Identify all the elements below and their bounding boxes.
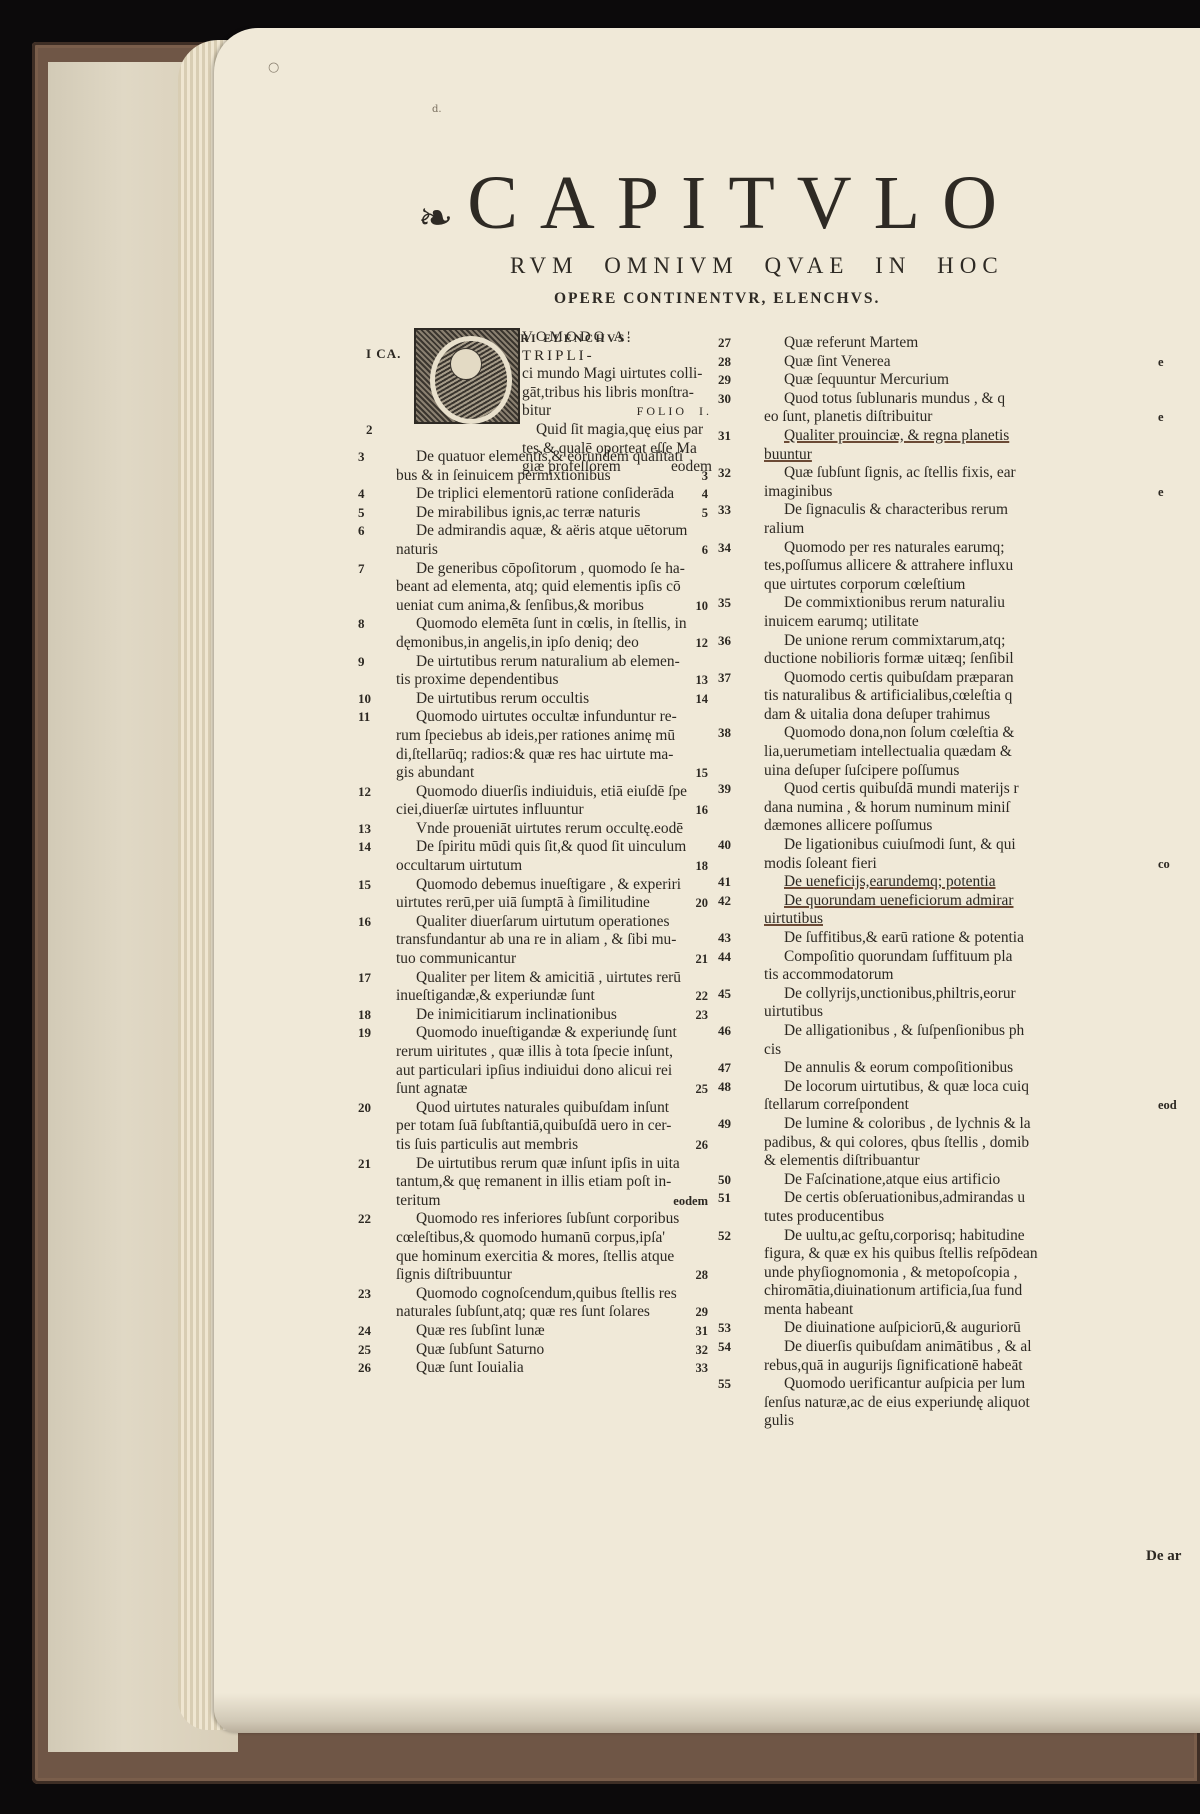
entry-line: De ligationibus cuiuſmodi ſunt, & qui	[764, 836, 1200, 855]
entry-number: 29	[718, 371, 731, 390]
entry-line: modis ſoleant fieri	[764, 855, 1200, 874]
toc-entry: 42De quorundam ueneficiorum admiraruirtu…	[718, 892, 1200, 929]
entry-number: 42	[718, 892, 731, 911]
folio-number: 28	[696, 1266, 709, 1285]
entry-line: padibus, & qui colores, qbus ſtellis , d…	[764, 1134, 1200, 1153]
folio-number: 31	[696, 1322, 709, 1341]
entry-line: naturales ſubſunt,atq; quæ res ſunt ſola…	[396, 1303, 708, 1322]
entry-line: chiromātia,diuinationum artificia,ſua fu…	[764, 1282, 1200, 1301]
entry-line: buuntur	[764, 446, 1200, 465]
folio-number: 23	[696, 1006, 709, 1025]
entry-line: gāt,tribus his libris monſtra-	[522, 384, 712, 403]
entry-line: De uirtutibus rerum occultis14	[396, 690, 708, 709]
entry-line: que uirtutes corporum cœleſtium	[764, 576, 1200, 595]
toc-entry: 11Quomodo uirtutes occultæ infunduntur r…	[358, 708, 708, 782]
toc-entry: 37Quomodo certis quibuſdam præparantis n…	[718, 669, 1200, 725]
entry-number: 48	[718, 1078, 731, 1097]
folio-number: eodem	[673, 1192, 708, 1211]
toc-left-column: 3De quatuor elementis,& eorundem qualita…	[358, 448, 708, 1378]
entry-line: bus & in ſeinuicem permixtionibus3	[396, 467, 708, 486]
entry-line: De ſpiritu mūdi quis ſit,& quod ſit uinc…	[396, 838, 708, 857]
entry-line: & elementis diſtribuantur	[764, 1152, 1200, 1171]
entry-line: Quæ referunt Martem	[764, 334, 1200, 353]
entry-number: 38	[718, 724, 731, 743]
toc-entry: 27Quæ referunt Martem	[718, 334, 1200, 353]
entry-number: 13	[358, 820, 371, 839]
toc-entry: 26Quæ ſunt Iouialia33	[358, 1359, 708, 1378]
page-mark-small: d.	[432, 104, 442, 115]
entry-line: uirtutes rerū,per uiā ſumptā à ſimilitud…	[396, 894, 708, 913]
entry-number: 49	[718, 1115, 731, 1134]
entry-line: De annulis & eorum compoſitionibus	[764, 1059, 1200, 1078]
entry-line: aut particulari ipſius indiuidui dono al…	[396, 1062, 708, 1081]
entry-number: 20	[358, 1099, 371, 1118]
entry-number: 54	[718, 1338, 731, 1357]
entry-line: De certis obſeruationibus,admirandas u	[764, 1189, 1200, 1208]
entry-line: De triplici elementorū ratione conſiderā…	[396, 485, 708, 504]
entry-number: 24	[358, 1322, 371, 1341]
toc-entry: 22Quomodo res inferiores ſubſunt corpori…	[358, 1210, 708, 1284]
entry-number: 37	[718, 669, 731, 688]
entry-line: De uirtutibus rerum naturalium ab elemen…	[396, 653, 708, 672]
fleuron-icon: ❧	[418, 193, 453, 242]
entry-line: eo ſunt, planetis diſtribuitur	[764, 408, 1200, 427]
entry-line: VOMODO A' TRIPLI-	[522, 328, 712, 365]
toc-entry: 31Qualiter prouinciæ, & regna planetisbu…	[718, 427, 1200, 464]
entry-line: ſenſus naturæ,ac de eius experiundę aliq…	[764, 1394, 1200, 1413]
entry-line: Quæ ſubſunt ſignis, ac ſtellis fixis, ea…	[764, 464, 1200, 483]
folio-number: 4	[702, 485, 708, 504]
entry-number: 30	[718, 390, 731, 409]
toc-entry: 52De uultu,ac geſtu,corporisq; habitudin…	[718, 1227, 1200, 1320]
folio-number: 18	[696, 857, 709, 876]
entry-line: ralium	[764, 520, 1200, 539]
toc-entry: 50De Faſcinatione,atque eius artificio	[718, 1171, 1200, 1190]
page-title: ❧CAPITVLO	[418, 160, 1019, 248]
toc-entry: 3De quatuor elementis,& eorundem qualita…	[358, 448, 708, 485]
entry-line: Quomodo inueſtigandæ & experiundę ſunt	[396, 1024, 708, 1043]
entry-line: De generibus cōpoſitorum , quomodo ſe ha…	[396, 560, 708, 579]
toc-entry: 47De annulis & eorum compoſitionibus	[718, 1059, 1200, 1078]
toc-entry: 9De uirtutibus rerum naturalium ab eleme…	[358, 653, 708, 690]
entry-line: De locorum uirtutibus, & quæ loca cuiq	[764, 1078, 1200, 1097]
folio-number: e	[1158, 408, 1200, 427]
entry-line: Quomodo res inferiores ſubſunt corporibu…	[396, 1210, 708, 1229]
subtitle-line-1: RVM OMNIVM QVAE IN HOC	[510, 253, 1004, 279]
folio-number: 13	[696, 671, 709, 690]
entry-line: tantum,& quę remanent in illis etiam poſ…	[396, 1173, 708, 1192]
entry-number: 34	[718, 539, 731, 558]
folio-number: eod	[1158, 1096, 1200, 1115]
folio-number: 26	[696, 1136, 709, 1155]
entry-line: inuicem earumq; utilitate	[764, 613, 1200, 632]
entry-line: Quomodo diuerſis indiuiduis, etiā eiuſdē…	[396, 783, 708, 802]
entry-line: tutes producentibus	[764, 1208, 1200, 1227]
toc-entry: 40De ligationibus cuiuſmodi ſunt, & quim…	[718, 836, 1200, 873]
entry-number: 18	[358, 1006, 371, 1025]
toc-entry: 33De ſignaculis & characteribus rerumral…	[718, 501, 1200, 538]
entry-line: Quomodo debemus inueſtigare , & experiri	[396, 876, 708, 895]
entry-number: 9	[358, 653, 365, 672]
entry-number: 36	[718, 632, 731, 651]
entry-number: 27	[718, 334, 731, 353]
entry-line: uirtutibus	[764, 910, 1200, 929]
folio-number: co	[1158, 855, 1200, 874]
entry-line: ciei,diuerſæ uirtutes influuntur16	[396, 801, 708, 820]
folio-number: 32	[696, 1341, 709, 1360]
toc-entry: 5De mirabilibus ignis,ac terræ naturis5	[358, 504, 708, 523]
folio-number: 5	[702, 504, 708, 523]
entry-line: uirtutibus	[764, 1003, 1200, 1022]
entry-line: De collyrijs,unctionibus,philtris,eorur	[764, 985, 1200, 1004]
entry-number: 31	[718, 427, 731, 446]
toc-entry: 7De generibus cōpoſitorum , quomodo ſe h…	[358, 560, 708, 616]
toc-entry: 17Qualiter per litem & amicitiā , uirtut…	[358, 969, 708, 1006]
entry-line: Qualiter per litem & amicitiā , uirtutes…	[396, 969, 708, 988]
toc-entry: 43De ſuffitibus,& earū ratione & potenti…	[718, 929, 1200, 948]
folio-number: 12	[696, 634, 709, 653]
entry-line: De ſuffitibus,& earū ratione & potentia	[764, 929, 1200, 948]
entry-line: inueſtigandæ,& experiundæ ſunt22	[396, 987, 708, 1006]
chapter-label: I CA.	[366, 346, 401, 362]
entry-number: 28	[718, 353, 731, 372]
toc-entry: 48De locorum uirtutibus, & quæ loca cuiq…	[718, 1078, 1200, 1115]
entry-number: 15	[358, 876, 371, 895]
entry-number: 39	[718, 780, 731, 799]
entry-line: Quomodo uerificantur auſpicia per lum	[764, 1375, 1200, 1394]
entry-line: Quod uirtutes naturales quibuſdam inſunt	[396, 1099, 708, 1118]
toc-entry: 49De lumine & coloribus , de lychnis & l…	[718, 1115, 1200, 1171]
entry-line: De unione rerum commixtarum,atq;	[764, 632, 1200, 651]
entry-line: menta habeant	[764, 1301, 1200, 1320]
entry-line: De quorundam ueneficiorum admirar	[764, 892, 1200, 911]
toc-entry: 41De ueneficijs,earundemq; potentia	[718, 873, 1200, 892]
subtitle-line-2: OPERE CONTINENTVR, ELENCHVS.	[554, 290, 880, 308]
entry-line: Quomodo cognoſcendum,quibus ſtellis res	[396, 1285, 708, 1304]
folio-number: e	[1158, 483, 1200, 502]
entry-number: 2	[366, 421, 373, 440]
entry-number: 33	[718, 501, 731, 520]
folio-number: 16	[696, 801, 709, 820]
toc-entry: 19Quomodo inueſtigandæ & experiundę ſunt…	[358, 1024, 708, 1098]
entry-number: 46	[718, 1022, 731, 1041]
entry-number: 26	[358, 1359, 371, 1378]
folio-number: 33	[696, 1359, 709, 1378]
entry-line: De alligationibus , & ſuſpenſionibus ph	[764, 1022, 1200, 1041]
entry-line: tis naturalibus & artificialibus,cœleſti…	[764, 687, 1200, 706]
entry-number: 19	[358, 1024, 371, 1043]
entry-line: uina deſuper ſuſcipere poſſumus	[764, 762, 1200, 781]
folio-number: 14	[696, 690, 709, 709]
toc-entry: 13Vnde proueniāt uirtutes rerum occultę.…	[358, 820, 708, 839]
entry-line: Quomodo uirtutes occultæ infunduntur re-	[396, 708, 708, 727]
entry-number: 4	[358, 485, 365, 504]
toc-entry: 20Quod uirtutes naturales quibuſdam inſu…	[358, 1099, 708, 1155]
entry-line: ſtellarum correſpondent	[764, 1096, 1200, 1115]
folio-number: 25	[696, 1080, 709, 1099]
entry-line: dęmonibus,in angelis,in ipſo deniq; deo1…	[396, 634, 708, 653]
toc-entry: 39Quod certis quibuſdā mundi materijs rd…	[718, 780, 1200, 836]
entry-line: Quomodo elemēta ſunt in cœlis, in ſtelli…	[396, 615, 708, 634]
entry-number: 35	[718, 594, 731, 613]
entry-line: De uultu,ac geſtu,corporisq; habitudine	[764, 1227, 1200, 1246]
entry-line: cœleſtibus,& quomodo humanū corpus,ipſa'	[396, 1229, 708, 1248]
folio-number: 3	[702, 467, 708, 486]
toc-entry: 23Quomodo cognoſcendum,quibus ſtellis re…	[358, 1285, 708, 1322]
toc-entry: 12Quomodo diuerſis indiuiduis, etiā eiuſ…	[358, 783, 708, 820]
entry-number: 44	[718, 948, 731, 967]
entry-line: De admirandis aquæ, & aëris atque uētoru…	[396, 522, 708, 541]
entry-number: 51	[718, 1189, 731, 1208]
folio-number: 22	[696, 987, 709, 1006]
entry-line: unde phyſiognomonia , & metopoſcopia ,	[764, 1264, 1200, 1283]
entry-number: 11	[358, 708, 370, 727]
entry-line: Quod totus ſublunaris mundus , & q	[764, 390, 1200, 409]
entry-line: De diuinatione auſpiciorū,& auguriorū	[764, 1319, 1200, 1338]
toc-entry: 25Quæ ſubſunt Saturno32	[358, 1341, 708, 1360]
entry-line: Quæ ſubſunt Saturno32	[396, 1341, 708, 1360]
toc-entry: 35De commixtionibus rerum naturaliuinuic…	[718, 594, 1200, 631]
entry-line: De quatuor elementis,& eorundem qualitat…	[396, 448, 708, 467]
entry-line: figura, & quæ ex his quibus ſtellis reſp…	[764, 1245, 1200, 1264]
toc-entry: 10De uirtutibus rerum occultis14	[358, 690, 708, 709]
toc-entry: 29Quæ ſequuntur Mercurium	[718, 371, 1200, 390]
toc-entry: 14De ſpiritu mūdi quis ſit,& quod ſit ui…	[358, 838, 708, 875]
entry-line: De diuerſis quibuſdam animātibus , & al	[764, 1338, 1200, 1357]
entry-number: 43	[718, 929, 731, 948]
entry-line: De Faſcinatione,atque eius artificio	[764, 1171, 1200, 1190]
toc-entry: 30Quod totus ſublunaris mundus , & qeo ſ…	[718, 390, 1200, 427]
folio-label: FOLIO	[637, 404, 687, 418]
folio-number: e	[1158, 353, 1200, 372]
entry-line: De commixtionibus rerum naturaliu	[764, 594, 1200, 613]
toc-entry: 38Quomodo dona,non ſolum cœleſtia &lia,u…	[718, 724, 1200, 780]
entry-line: occultarum uirtutum18	[396, 857, 708, 876]
entry-number: 53	[718, 1319, 731, 1338]
toc-entry: 34Quomodo per res naturales earumq;tes,p…	[718, 539, 1200, 595]
entry-line: transfundantur ab una re in aliam , & ſi…	[396, 931, 708, 950]
toc-entry: 36De unione rerum commixtarum,atq;ductio…	[718, 632, 1200, 669]
entry-line: naturis6	[396, 541, 708, 560]
entry-line: Quid ſit magia,quę eius par	[522, 421, 712, 440]
toc-entry: 44Compoſitio quorundam ſuffituum platis …	[718, 948, 1200, 985]
entry-number: 21	[358, 1155, 371, 1174]
entry-line: Quomodo certis quibuſdam præparan	[764, 669, 1200, 688]
entry-number: 32	[718, 464, 731, 483]
entry-number: 41	[718, 873, 731, 892]
entry-number: 8	[358, 615, 365, 634]
entry-number: 52	[718, 1227, 731, 1246]
entry-line: gulis	[764, 1412, 1200, 1431]
entry-line: teritumeodem	[396, 1192, 708, 1211]
entry-line: De lumine & coloribus , de lychnis & la	[764, 1115, 1200, 1134]
toc-entry: 4De triplici elementorū ratione conſider…	[358, 485, 708, 504]
entry-line: tuo communicantur21	[396, 950, 708, 969]
entry-line: ductione nobilioris formæ uitæq; ſenſibi…	[764, 650, 1200, 669]
entry-line: Quod certis quibuſdā mundi materijs r	[764, 780, 1200, 799]
entry-line: Vnde proueniāt uirtutes rerum occultę.eo…	[396, 820, 708, 839]
entry-line: Quæ res ſubſint lunæ31	[396, 1322, 708, 1341]
water-stain	[214, 1693, 1200, 1733]
entry-line: tis proxime dependentibus13	[396, 671, 708, 690]
entry-line: per totam ſuā ſubſtantiā,quibuſdā uero i…	[396, 1117, 708, 1136]
toc-entry: 32Quæ ſubſunt ſignis, ac ſtellis fixis, …	[718, 464, 1200, 501]
entry-line: beant ad elementa, atq; quid elementis i…	[396, 578, 708, 597]
entry-number: 22	[358, 1210, 371, 1229]
entry-line: Quomodo dona,non ſolum cœleſtia &	[764, 724, 1200, 743]
entry-number: 50	[718, 1171, 731, 1190]
entry-line: imaginibus	[764, 483, 1200, 502]
toc-entry: 8Quomodo elemēta ſunt in cœlis, in ſtell…	[358, 615, 708, 652]
entry-line: ci mundo Magi uirtutes colli-	[522, 365, 712, 384]
folio-number: 15	[696, 764, 709, 783]
entry-line: De mirabilibus ignis,ac terræ naturis5	[396, 504, 708, 523]
entry-line: De ſignaculis & characteribus rerum	[764, 501, 1200, 520]
entry-line: tis ſuis particulis aut membris26	[396, 1136, 708, 1155]
entry-line: que hominum exercitia & mores, ſtellis a…	[396, 1248, 708, 1267]
entry-line: lia,uerumetiam intellectualia quædam &	[764, 743, 1200, 762]
entry-line: Quomodo per res naturales earumq;	[764, 539, 1200, 558]
folio-number: 6	[702, 541, 708, 560]
entry-number: 6	[358, 522, 365, 541]
entry-line: bitur	[522, 402, 551, 421]
entry-number: 12	[358, 783, 371, 802]
page-mark-circle: ○	[268, 60, 279, 75]
catchword: De ar	[1146, 1548, 1181, 1565]
toc-entry: 24Quæ res ſubſint lunæ31	[358, 1322, 708, 1341]
entry-line: ueniat cum anima,& ſenſibus,& moribus10	[396, 597, 708, 616]
entry-number: 16	[358, 913, 371, 932]
toc-entry: 18De inimicitiarum inclinationibus23	[358, 1006, 708, 1025]
entry-number: 23	[358, 1285, 371, 1304]
entry-number: 25	[358, 1341, 371, 1360]
entry-line: gis abundant15	[396, 764, 708, 783]
folio-number: I.	[699, 404, 712, 418]
entry-line: tis accommodatorum	[764, 966, 1200, 985]
toc-entry: 45De collyrijs,unctionibus,philtris,eoru…	[718, 985, 1200, 1022]
decorated-initial-q	[414, 328, 520, 424]
entry-line: cis	[764, 1041, 1200, 1060]
toc-entry: 55Quomodo uerificantur auſpicia per lumſ…	[718, 1375, 1200, 1431]
entry-number: 45	[718, 985, 731, 1004]
title-text: CAPITVLO	[467, 161, 1019, 245]
entry-number: 47	[718, 1059, 731, 1078]
entry-line: dam & uitalia dona deſuper trahimus	[764, 706, 1200, 725]
folio-number: 10	[696, 597, 709, 616]
entry-line: tes,poſſumus allicere & attrahere influx…	[764, 557, 1200, 576]
entry-line: dæmones allicere poſſumus	[764, 817, 1200, 836]
entry-line: De inimicitiarum inclinationibus23	[396, 1006, 708, 1025]
toc-entry: 46De alligationibus , & ſuſpenſionibus p…	[718, 1022, 1200, 1059]
entry-line: Qualiter prouinciæ, & regna planetis	[764, 427, 1200, 446]
folio-number: 21	[696, 950, 709, 969]
toc-entry: 54De diuerſis quibuſdam animātibus , & a…	[718, 1338, 1200, 1375]
toc-entry: 51De certis obſeruationibus,admirandas u…	[718, 1189, 1200, 1226]
entry-line: Quæ ſint Venerea	[764, 353, 1200, 372]
entry-number: 5	[358, 504, 365, 523]
entry-line: Qualiter diuerſarum uirtutum operationes	[396, 913, 708, 932]
toc-entry: 21De uirtutibus rerum quæ inſunt ipſis i…	[358, 1155, 708, 1211]
entry-number: 40	[718, 836, 731, 855]
entry-number: 7	[358, 560, 365, 579]
cherub-illustration-icon	[450, 348, 482, 380]
entry-line: rebus,quā in augurijs ſignificationē hab…	[764, 1357, 1200, 1376]
entry-line: dana numina , & horum numinum miniſ	[764, 799, 1200, 818]
folio-number: 29	[696, 1303, 709, 1322]
entry-number: 17	[358, 969, 371, 988]
entry-number: 10	[358, 690, 371, 709]
entry-number: 14	[358, 838, 371, 857]
entry-number: 3	[358, 448, 365, 467]
toc-entry: 16Qualiter diuerſarum uirtutum operation…	[358, 913, 708, 969]
toc-entry: 53De diuinatione auſpiciorū,& auguriorū	[718, 1319, 1200, 1338]
entry-line: ſignis diſtribuuntur28	[396, 1266, 708, 1285]
toc-entry: 28Quæ ſint Venereae	[718, 353, 1200, 372]
entry-line: Quæ ſequuntur Mercurium	[764, 371, 1200, 390]
folio-number: 20	[696, 894, 709, 913]
toc-right-column: 27Quæ referunt Martem28Quæ ſint Venereae…	[718, 334, 1200, 1431]
entry-line: De ueneficijs,earundemq; potentia	[764, 873, 1200, 892]
entry-number: 55	[718, 1375, 731, 1394]
entry-line: rerum uiritutes , quæ illis à tota ſpeci…	[396, 1043, 708, 1062]
entry-line: di,ſtellarūq; radios:& quæ res hac uirtu…	[396, 746, 708, 765]
toc-entry: 6De admirandis aquæ, & aëris atque uētor…	[358, 522, 708, 559]
toc-entry: 15Quomodo debemus inueſtigare , & experi…	[358, 876, 708, 913]
entry-line: De uirtutibus rerum quæ inſunt ipſis in …	[396, 1155, 708, 1174]
entry-line: ſunt agnatæ25	[396, 1080, 708, 1099]
entry-line: rum ſpeciebus ab ideis,per rationes anim…	[396, 727, 708, 746]
entry-line: Compoſitio quorundam ſuffituum pla	[764, 948, 1200, 967]
entry-line: Quæ ſunt Iouialia33	[396, 1359, 708, 1378]
